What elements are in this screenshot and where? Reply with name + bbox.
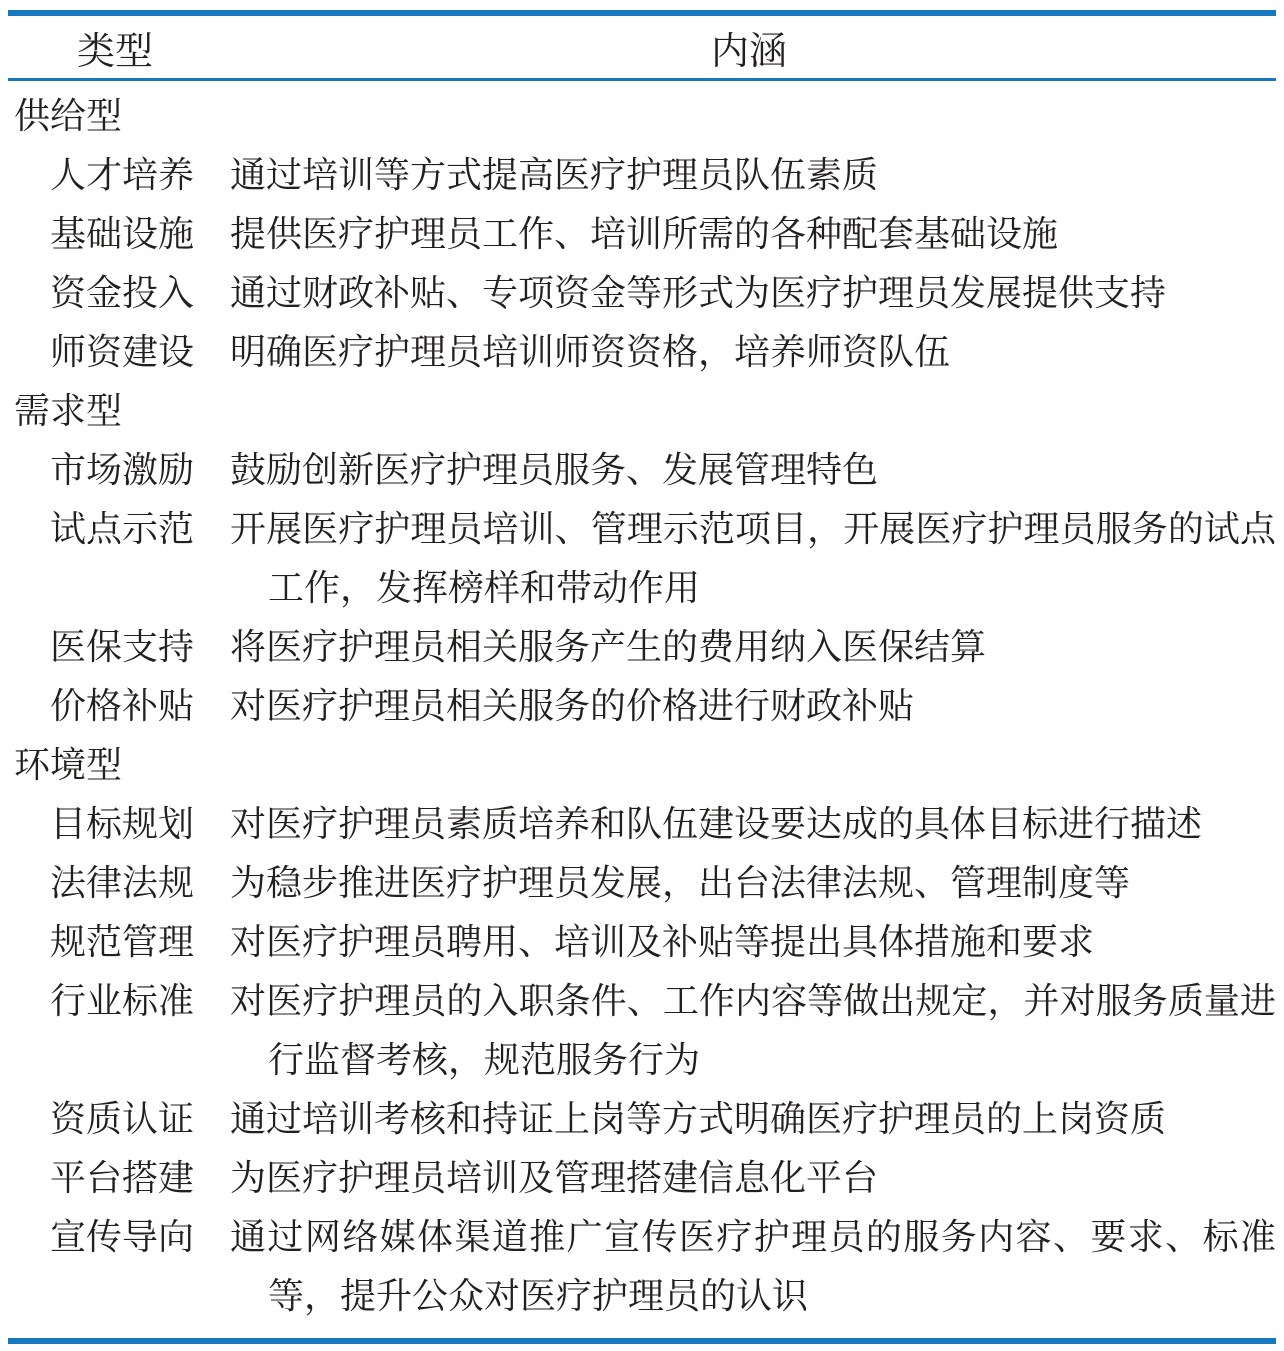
desc-cell: 为稳步推进医疗护理员发展，出台法律法规、管理制度等	[230, 854, 1276, 913]
table-row: 法律法规 为稳步推进医疗护理员发展，出台法律法规、管理制度等	[8, 854, 1276, 913]
desc-cell: 鼓励创新医疗护理员服务、发展管理特色	[230, 441, 1276, 500]
table-row: 医保支持 将医疗护理员相关服务产生的费用纳入医保结算	[8, 618, 1276, 677]
type-cell: 基础设施	[8, 205, 230, 264]
table-row: 资金投入 通过财政补贴、专项资金等形式为医疗护理员发展提供支持	[8, 264, 1276, 323]
desc-line-2: 工作，发挥榜样和带动作用	[230, 559, 1276, 618]
table-row: 规范管理 对医疗护理员聘用、培训及补贴等提出具体措施和要求	[8, 913, 1276, 972]
type-cell: 师资建设	[8, 323, 230, 382]
desc-cell: 对医疗护理员的入职条件、工作内容等做出规定，并对服务质量进 行监督考核，规范服务…	[230, 972, 1276, 1090]
desc-cell: 通过财政补贴、专项资金等形式为医疗护理员发展提供支持	[230, 264, 1276, 323]
group-label: 环境型	[8, 736, 230, 795]
group-label: 供给型	[8, 87, 230, 146]
table-bottom-rule	[8, 1338, 1276, 1344]
table-row: 资质认证 通过培训考核和持证上岗等方式明确医疗护理员的上岗资质	[8, 1090, 1276, 1149]
column-header-type: 类型	[8, 20, 222, 75]
table-header-row: 类型 内涵	[8, 16, 1276, 78]
table-row: 人才培养 通过培训等方式提高医疗护理员队伍素质	[8, 146, 1276, 205]
table-row: 行业标准 对医疗护理员的入职条件、工作内容等做出规定，并对服务质量进 行监督考核…	[8, 972, 1276, 1090]
desc-cell: 通过培训考核和持证上岗等方式明确医疗护理员的上岗资质	[230, 1090, 1276, 1149]
desc-cell: 为医疗护理员培训及管理搭建信息化平台	[230, 1149, 1276, 1208]
table-row: 目标规划 对医疗护理员素质培养和队伍建设要达成的具体目标进行描述	[8, 795, 1276, 854]
type-cell: 法律法规	[8, 854, 230, 913]
group-row-supply: 供给型	[8, 87, 1276, 146]
desc-cell: 将医疗护理员相关服务产生的费用纳入医保结算	[230, 618, 1276, 677]
type-cell: 价格补贴	[8, 677, 230, 736]
desc-cell: 开展医疗护理员培训、管理示范项目，开展医疗护理员服务的试点 工作，发挥榜样和带动…	[230, 500, 1276, 618]
desc-cell: 对医疗护理员素质培养和队伍建设要达成的具体目标进行描述	[230, 795, 1276, 854]
table-row: 平台搭建 为医疗护理员培训及管理搭建信息化平台	[8, 1149, 1276, 1208]
desc-line-1: 对医疗护理员的入职条件、工作内容等做出规定，并对服务质量进	[230, 972, 1276, 1031]
table-row: 师资建设 明确医疗护理员培训师资资格，培养师资队伍	[8, 323, 1276, 382]
desc-line-2: 等，提升公众对医疗护理员的认识	[230, 1267, 1276, 1326]
desc-line-2: 行监督考核，规范服务行为	[230, 1031, 1276, 1090]
table-row: 试点示范 开展医疗护理员培训、管理示范项目，开展医疗护理员服务的试点 工作，发挥…	[8, 500, 1276, 618]
column-header-desc: 内涵	[222, 20, 1276, 75]
type-cell: 宣传导向	[8, 1208, 230, 1267]
desc-cell: 明确医疗护理员培训师资资格，培养师资队伍	[230, 323, 1276, 382]
table-body: 供给型 人才培养 通过培训等方式提高医疗护理员队伍素质 基础设施 提供医疗护理员…	[8, 81, 1276, 1338]
type-cell: 市场激励	[8, 441, 230, 500]
type-cell: 资金投入	[8, 264, 230, 323]
desc-line-1: 开展医疗护理员培训、管理示范项目，开展医疗护理员服务的试点	[230, 500, 1276, 559]
desc-cell: 对医疗护理员聘用、培训及补贴等提出具体措施和要求	[230, 913, 1276, 972]
policy-tool-table: 类型 内涵 供给型 人才培养 通过培训等方式提高医疗护理员队伍素质 基础设施 提…	[0, 0, 1284, 1344]
type-cell: 平台搭建	[8, 1149, 230, 1208]
type-cell: 医保支持	[8, 618, 230, 677]
desc-cell: 对医疗护理员相关服务的价格进行财政补贴	[230, 677, 1276, 736]
group-row-environment: 环境型	[8, 736, 1276, 795]
group-row-demand: 需求型	[8, 382, 1276, 441]
desc-cell: 通过培训等方式提高医疗护理员队伍素质	[230, 146, 1276, 205]
table-row: 宣传导向 通过网络媒体渠道推广宣传医疗护理员的服务内容、要求、标准 等，提升公众…	[8, 1208, 1276, 1326]
type-cell: 人才培养	[8, 146, 230, 205]
group-label: 需求型	[8, 382, 230, 441]
table-row: 市场激励 鼓励创新医疗护理员服务、发展管理特色	[8, 441, 1276, 500]
desc-line-1: 通过网络媒体渠道推广宣传医疗护理员的服务内容、要求、标准	[230, 1208, 1276, 1267]
table-row: 价格补贴 对医疗护理员相关服务的价格进行财政补贴	[8, 677, 1276, 736]
type-cell: 资质认证	[8, 1090, 230, 1149]
desc-cell: 提供医疗护理员工作、培训所需的各种配套基础设施	[230, 205, 1276, 264]
table-row: 基础设施 提供医疗护理员工作、培训所需的各种配套基础设施	[8, 205, 1276, 264]
type-cell: 规范管理	[8, 913, 230, 972]
type-cell: 行业标准	[8, 972, 230, 1031]
desc-cell: 通过网络媒体渠道推广宣传医疗护理员的服务内容、要求、标准 等，提升公众对医疗护理…	[230, 1208, 1276, 1326]
type-cell: 目标规划	[8, 795, 230, 854]
type-cell: 试点示范	[8, 500, 230, 559]
